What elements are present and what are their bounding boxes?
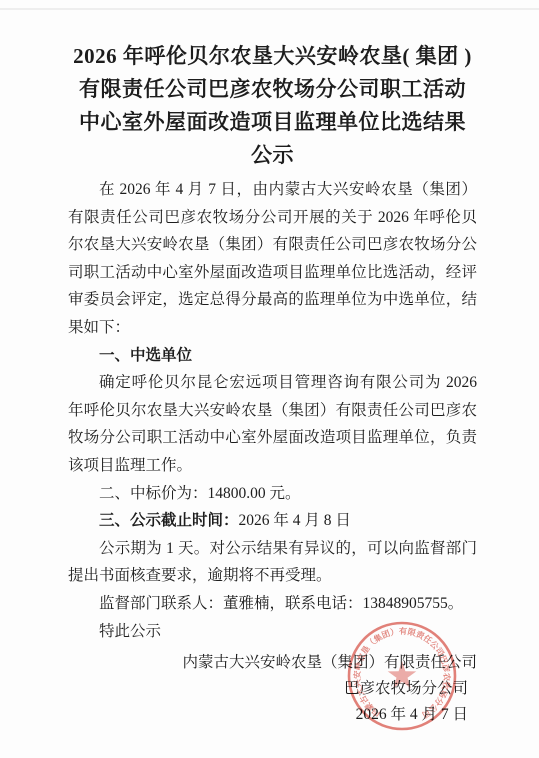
section1-heading: 一、中选单位 bbox=[68, 342, 477, 370]
section1-paragraph: 确定呼伦贝尔昆仑宏远项目管理咨询有限公司为 2026 年呼伦贝尔农垦大兴安岭农垦… bbox=[68, 369, 477, 479]
document-content: 2026 年呼伦贝尔农垦大兴安岭农垦( 集团 ) 有限责任公司巴彦农牧场分公司职… bbox=[68, 40, 477, 728]
deadline-line: 三、公示截止时间：2026 年 4 月 8 日 bbox=[68, 507, 477, 535]
deadline-value: 2026 年 4 月 8 日 bbox=[239, 512, 351, 529]
doc-title-line: 公示 bbox=[68, 139, 477, 172]
doc-title: 2026 年呼伦贝尔农垦大兴安岭农垦( 集团 ) 有限责任公司巴彦农牧场分公司职… bbox=[68, 40, 477, 172]
signature-date: 2026 年 4 月 7 日 bbox=[68, 702, 477, 728]
closing-line: 特此公示 bbox=[68, 618, 477, 646]
signature-company-line1: 内蒙古大兴安岭农垦（集团）有限责任公司 bbox=[68, 650, 477, 676]
doc-title-line: 2026 年呼伦贝尔农垦大兴安岭农垦( 集团 ) bbox=[68, 40, 477, 73]
signature-company-line2: 巴彦农牧场分公司 bbox=[68, 676, 477, 702]
doc-title-line: 有限责任公司巴彦农牧场分公司职工活动 bbox=[68, 73, 477, 106]
document-page: 2026 年呼伦贝尔农垦大兴安岭农垦( 集团 ) 有限责任公司巴彦农牧场分公司职… bbox=[0, 0, 539, 758]
notice-period-paragraph: 公示期为 1 天。对公示结果有异议的，可以向监督部门提出书面核查要求，逾期将不再… bbox=[68, 535, 477, 590]
bid-price-line: 二、中标价为：14800.00 元。 bbox=[68, 480, 477, 508]
doc-body: 在 2026 年 4 月 7 日，由内蒙古大兴安岭农垦（集团）有限责任公司巴彦农… bbox=[68, 176, 477, 645]
scan-artifact-line bbox=[0, 8, 539, 10]
supervisor-contact-line: 监督部门联系人：董雅楠，联系电话：13848905755。 bbox=[68, 590, 477, 618]
deadline-label: 三、公示截止时间： bbox=[99, 512, 239, 529]
doc-title-line: 中心室外屋面改造项目监理单位比选结果 bbox=[68, 106, 477, 139]
intro-paragraph: 在 2026 年 4 月 7 日，由内蒙古大兴安岭农垦（集团）有限责任公司巴彦农… bbox=[68, 176, 477, 342]
signature-block: 内蒙古大兴安岭农垦（集团）有限责任公司 巴彦农牧场分公司 2026 年 4 月 … bbox=[68, 650, 477, 728]
